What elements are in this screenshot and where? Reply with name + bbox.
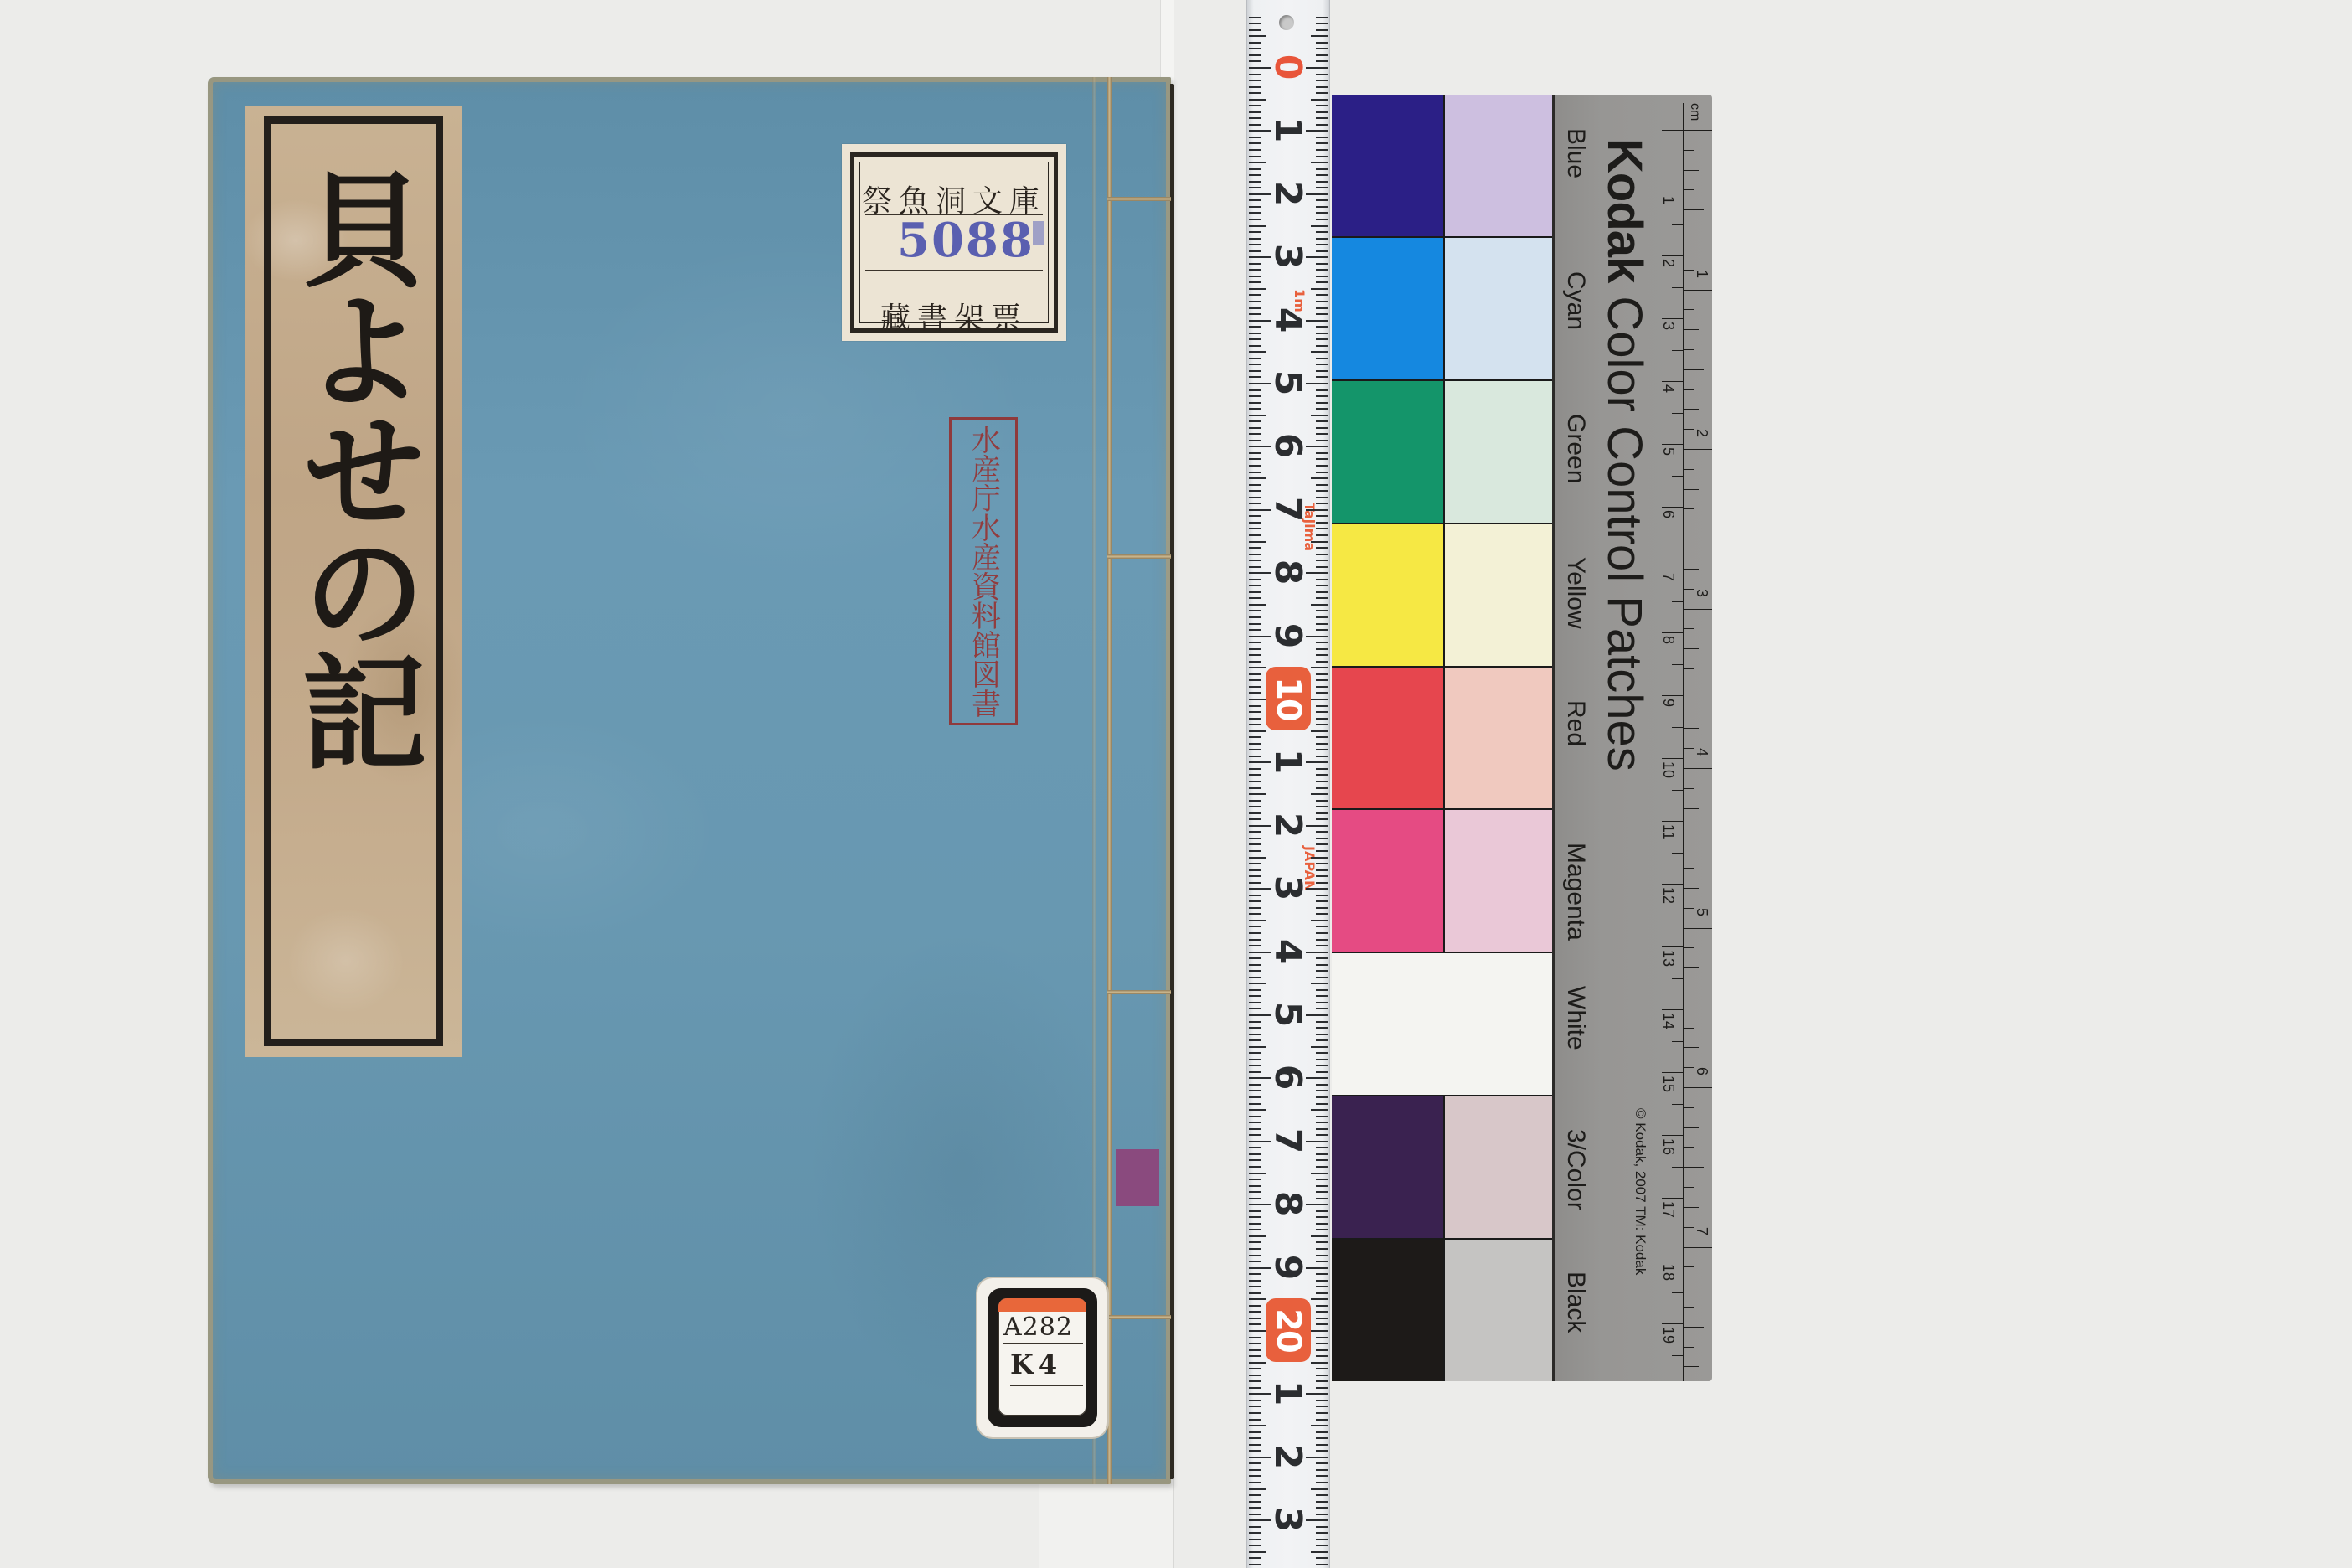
cm-tick bbox=[1662, 381, 1683, 382]
ruler-tick bbox=[1249, 1084, 1261, 1086]
inch-tick bbox=[1684, 1107, 1694, 1108]
ruler-tick bbox=[1249, 54, 1261, 56]
ruler-tick bbox=[1316, 1071, 1328, 1073]
kodak-title: Kodak Color Control Patches bbox=[1600, 138, 1648, 771]
ruler-tick bbox=[1316, 673, 1328, 675]
ruler-tick bbox=[1316, 244, 1328, 245]
inch-tick bbox=[1684, 250, 1699, 250]
ruler-tick bbox=[1316, 111, 1328, 113]
inch-tick bbox=[1684, 768, 1712, 769]
cm-label: 6 bbox=[1659, 510, 1677, 518]
ruler-tick bbox=[1249, 831, 1261, 833]
ruler-number: 1 bbox=[1263, 105, 1313, 155]
ruler-tick bbox=[1316, 756, 1328, 757]
ruler-tick bbox=[1249, 1375, 1261, 1376]
ruler-tick bbox=[1249, 389, 1261, 391]
ruler-tick bbox=[1249, 212, 1261, 214]
ruler-tick bbox=[1249, 338, 1261, 340]
ruler-tick bbox=[1249, 1323, 1261, 1325]
ruler-tick bbox=[1249, 111, 1261, 113]
ruler-tick bbox=[1249, 1337, 1261, 1338]
ruler-tick bbox=[1316, 900, 1328, 902]
ruler-tick bbox=[1249, 705, 1261, 707]
ruler-tick bbox=[1249, 736, 1261, 738]
inch-tick bbox=[1684, 369, 1704, 370]
ruler-tick bbox=[1249, 945, 1261, 946]
ruler-number: 3 bbox=[1263, 1494, 1313, 1545]
ruler-tick bbox=[1249, 768, 1261, 770]
inch-tick bbox=[1684, 1247, 1712, 1248]
ruler-tick bbox=[1316, 692, 1328, 694]
ruler-tick bbox=[1316, 503, 1328, 504]
ruler-tick bbox=[1249, 1122, 1261, 1123]
ruler-tick bbox=[1316, 522, 1328, 524]
ruler-tick bbox=[1316, 74, 1328, 75]
ruler-tick bbox=[1249, 1255, 1261, 1256]
ruler-tick bbox=[1316, 743, 1328, 745]
ruler-tick bbox=[1249, 774, 1261, 776]
ruler-tick bbox=[1316, 484, 1328, 486]
ruler-tick bbox=[1316, 1539, 1328, 1540]
ruler-tick bbox=[1249, 149, 1261, 151]
ruler-tick bbox=[1316, 1159, 1328, 1161]
ruler-tick bbox=[1316, 736, 1328, 738]
ruler-tick bbox=[1316, 926, 1328, 927]
ruler-tick bbox=[1249, 497, 1261, 498]
ruler-tick bbox=[1249, 358, 1261, 359]
ruler-badge-20: 20 bbox=[1266, 1298, 1311, 1362]
ruler-tick bbox=[1249, 1065, 1261, 1066]
inch-tick bbox=[1684, 209, 1704, 210]
inch-tick bbox=[1684, 529, 1704, 529]
ruler-tick bbox=[1249, 1450, 1261, 1452]
ruler-tick bbox=[1249, 522, 1261, 524]
kodak-label-area: Kodak Color Control Patches © Kodak, 200… bbox=[1555, 95, 1712, 1381]
ruler-tick bbox=[1311, 541, 1328, 543]
cm-tick bbox=[1662, 1261, 1683, 1261]
title-slip: 貝よせの記 bbox=[245, 106, 462, 1057]
ruler-tick bbox=[1316, 1400, 1328, 1401]
ruler-tick bbox=[1249, 1545, 1261, 1546]
bookplate-frame: 祭魚洞文庫 5088 藏書架票 bbox=[850, 152, 1058, 333]
ruler-number: 5 bbox=[1263, 358, 1313, 408]
ruler-tick bbox=[1249, 850, 1261, 852]
patch-black-dark bbox=[1332, 1240, 1443, 1381]
ruler-tick bbox=[1316, 591, 1328, 593]
ruler-tick bbox=[1249, 415, 1266, 416]
cm-tick bbox=[1662, 632, 1683, 633]
ruler-tick bbox=[1249, 86, 1261, 88]
kodak-scale-line bbox=[1683, 103, 1684, 1381]
ruler-tick bbox=[1316, 149, 1328, 151]
inch-tick bbox=[1684, 130, 1712, 131]
ruler-tick bbox=[1311, 1425, 1328, 1426]
ruler-tick bbox=[1316, 168, 1328, 170]
ruler-tick bbox=[1316, 1462, 1328, 1464]
ruler-tick bbox=[1316, 843, 1328, 845]
cm-label: 8 bbox=[1659, 636, 1677, 644]
ruler-tick bbox=[1249, 288, 1266, 290]
ruler-tick bbox=[1316, 465, 1328, 467]
ruler-tick bbox=[1249, 1305, 1261, 1307]
ruler-tick bbox=[1316, 1412, 1328, 1414]
ruler-tick bbox=[1249, 1462, 1261, 1464]
binding-fold-line bbox=[1092, 77, 1096, 1484]
ruler-tick bbox=[1249, 376, 1261, 378]
ruler-tick bbox=[1316, 1507, 1328, 1509]
bookplate-caption: 藏書架票 bbox=[860, 295, 1048, 338]
ruler-tick bbox=[1249, 983, 1266, 984]
ruler-tick bbox=[1249, 907, 1261, 909]
ruler-tick bbox=[1316, 48, 1328, 49]
ruler-tick bbox=[1316, 333, 1328, 334]
ruler-tick bbox=[1316, 515, 1328, 517]
ruler-tick bbox=[1249, 1514, 1261, 1515]
cm-unit-label: cm bbox=[1687, 103, 1702, 121]
ruler-tick bbox=[1249, 711, 1261, 713]
cm-tick bbox=[1662, 318, 1683, 319]
ruler-tick bbox=[1316, 1166, 1328, 1168]
ruler-tick bbox=[1249, 528, 1261, 529]
ruler-tick bbox=[1249, 199, 1261, 201]
ruler-tick bbox=[1311, 1173, 1328, 1174]
ruler-tick bbox=[1316, 1311, 1328, 1313]
ruler-number: 8 bbox=[1263, 547, 1313, 597]
ruler-tick bbox=[1311, 162, 1328, 163]
inch-tick bbox=[1684, 1307, 1694, 1308]
ruler-tick bbox=[1316, 534, 1328, 536]
ruler-tick bbox=[1316, 995, 1328, 997]
ruler-tick bbox=[1249, 408, 1261, 410]
ruler-tick bbox=[1311, 99, 1328, 101]
ruler-tick bbox=[1316, 1255, 1328, 1256]
ruler-tick bbox=[1316, 1450, 1328, 1452]
ruler-tick bbox=[1249, 1355, 1261, 1357]
ruler-tick bbox=[1316, 408, 1328, 410]
patch-green-light bbox=[1445, 381, 1554, 523]
ruler-tick bbox=[1249, 920, 1266, 921]
ruler-tick bbox=[1249, 756, 1261, 757]
cm-tick bbox=[1672, 916, 1683, 916]
ruler-tick bbox=[1316, 547, 1328, 549]
inch-label: 4 bbox=[1693, 748, 1710, 756]
ruler-tick bbox=[1249, 1419, 1261, 1421]
ruler-tick bbox=[1249, 1116, 1261, 1117]
ruler-tick bbox=[1311, 667, 1328, 668]
ruler-tick bbox=[1249, 1526, 1261, 1528]
ruler-tick bbox=[1249, 515, 1261, 517]
inch-tick bbox=[1684, 489, 1699, 490]
ruler-tick bbox=[1249, 269, 1261, 271]
ruler-tick bbox=[1249, 345, 1261, 347]
inch-tick bbox=[1684, 868, 1694, 869]
ruler-tick bbox=[1316, 1482, 1328, 1483]
ruler-tick bbox=[1316, 1090, 1328, 1091]
ruler-tick bbox=[1249, 29, 1261, 31]
ruler-tick bbox=[1316, 863, 1328, 864]
purple-tab bbox=[1116, 1149, 1159, 1206]
color-patches-grid bbox=[1332, 95, 1552, 1381]
ruler-tick bbox=[1249, 1261, 1261, 1262]
ruler-tick bbox=[1316, 718, 1328, 720]
ruler-tick bbox=[1316, 440, 1328, 441]
ruler-tick bbox=[1316, 427, 1328, 429]
ruler-tick bbox=[1249, 458, 1261, 460]
patch-yellow-light bbox=[1445, 524, 1554, 666]
ruler-tick bbox=[1249, 1248, 1261, 1250]
ruler-tick bbox=[1249, 673, 1261, 675]
ruler-tick bbox=[1316, 1002, 1328, 1003]
cm-label: 2 bbox=[1659, 259, 1677, 267]
ruler-tick bbox=[1316, 1526, 1328, 1528]
ruler-tick bbox=[1249, 566, 1261, 568]
ruler-tick bbox=[1311, 288, 1328, 290]
patch-green-dark bbox=[1332, 381, 1443, 523]
ruler-badge-10: 10 bbox=[1266, 667, 1311, 730]
ruler-tick bbox=[1249, 718, 1261, 720]
ruler-tick bbox=[1249, 679, 1261, 681]
ruler-tick bbox=[1311, 793, 1328, 795]
ruler-tick bbox=[1249, 1223, 1261, 1225]
cm-label: 19 bbox=[1659, 1327, 1677, 1344]
ruler-tick bbox=[1316, 964, 1328, 966]
ruler-tick bbox=[1249, 452, 1261, 454]
cm-tick bbox=[1672, 1167, 1683, 1168]
ruler-tick bbox=[1316, 301, 1328, 302]
ruler-tick bbox=[1316, 585, 1328, 586]
bookplate-ink-mark bbox=[1033, 221, 1044, 245]
ruler-tick bbox=[1249, 35, 1266, 37]
ruler-tick bbox=[1316, 1128, 1328, 1130]
ruler-tick bbox=[1249, 1159, 1261, 1161]
patch-white bbox=[1332, 953, 1554, 1095]
ruler-tick bbox=[1249, 1343, 1261, 1344]
spine-shadow bbox=[1170, 84, 1174, 1479]
ruler-tick bbox=[1249, 1147, 1261, 1148]
inch-tick bbox=[1684, 947, 1694, 948]
cm-tick bbox=[1662, 570, 1683, 570]
ruler-tick bbox=[1316, 497, 1328, 498]
ruler-tick bbox=[1316, 679, 1328, 681]
ruler-tick bbox=[1249, 326, 1261, 328]
inch-tick bbox=[1684, 329, 1699, 330]
tape-measure: 1m Tajima JAPAN 012345678910123456789201… bbox=[1246, 0, 1330, 1568]
ruler-number: 4 bbox=[1263, 926, 1313, 977]
ruler-tick bbox=[1311, 1488, 1328, 1490]
ruler-tick bbox=[1311, 415, 1328, 416]
ruler-tick bbox=[1249, 1532, 1261, 1534]
inch-tick bbox=[1684, 1207, 1699, 1208]
ruler-tick bbox=[1316, 989, 1328, 991]
ruler-tick bbox=[1249, 1286, 1261, 1287]
ruler-tick bbox=[1249, 724, 1261, 725]
ruler-tick bbox=[1316, 629, 1328, 631]
binding-stitch-4 bbox=[1107, 1315, 1171, 1319]
ruler-tick bbox=[1249, 818, 1261, 820]
ruler-tick bbox=[1249, 117, 1261, 119]
ruler-tick bbox=[1249, 1564, 1261, 1565]
cm-label: 15 bbox=[1659, 1075, 1677, 1092]
cm-label: 11 bbox=[1659, 824, 1677, 840]
ruler-number: 4 bbox=[1263, 295, 1313, 345]
ruler-number: 2 bbox=[1263, 800, 1313, 850]
ruler-tick bbox=[1316, 29, 1328, 31]
library-seal-stamp: 水産庁水産資料館図書 bbox=[949, 417, 1018, 725]
cm-tick bbox=[1662, 946, 1683, 947]
ruler-tick bbox=[1311, 1235, 1328, 1237]
bookplate-inner-frame: 祭魚洞文庫 5088 藏書架票 bbox=[859, 162, 1049, 323]
ruler-number: 2 bbox=[1263, 168, 1313, 219]
ruler-tick bbox=[1316, 1475, 1328, 1477]
ruler-number: 9 bbox=[1263, 1242, 1313, 1292]
ruler-tick bbox=[1249, 989, 1261, 991]
inch-tick bbox=[1684, 728, 1699, 729]
ruler-tick bbox=[1316, 219, 1328, 220]
ruler-tick bbox=[1316, 452, 1328, 454]
ruler-tick bbox=[1249, 667, 1266, 668]
ruler-tick bbox=[1316, 42, 1328, 44]
ruler-tick bbox=[1316, 358, 1328, 359]
ruler-tick bbox=[1316, 181, 1328, 183]
cm-label: 14 bbox=[1659, 1013, 1677, 1029]
ruler-tick bbox=[1249, 1412, 1261, 1414]
ruler-tick bbox=[1316, 1008, 1328, 1009]
cm-tick bbox=[1662, 1198, 1683, 1199]
ruler-tick bbox=[1311, 1298, 1328, 1300]
inch-tick bbox=[1684, 230, 1694, 230]
ruler-number: 1 bbox=[1263, 736, 1313, 787]
inch-tick bbox=[1684, 1327, 1704, 1328]
ruler-tick bbox=[1249, 1179, 1261, 1180]
ruler-tick bbox=[1316, 1191, 1328, 1193]
ruler-tick bbox=[1316, 1375, 1328, 1376]
patch-cyan-light bbox=[1445, 238, 1554, 379]
inch-tick bbox=[1684, 1127, 1699, 1128]
ruler-badge-number: 20 bbox=[1269, 1308, 1308, 1352]
ruler-tick bbox=[1249, 787, 1261, 789]
patch-label-black: Black bbox=[1561, 1271, 1590, 1333]
inch-tick bbox=[1684, 469, 1694, 470]
inch-tick bbox=[1684, 170, 1699, 171]
inch-tick bbox=[1684, 967, 1699, 968]
ruler-tick bbox=[1316, 1444, 1328, 1446]
ruler-tick bbox=[1249, 162, 1266, 163]
ruler-tick bbox=[1316, 1210, 1328, 1212]
ruler-tick bbox=[1316, 977, 1328, 978]
ruler-tick bbox=[1316, 1065, 1328, 1066]
cm-label: 3 bbox=[1659, 322, 1677, 330]
ruler-tick bbox=[1249, 1469, 1261, 1471]
ruler-tick bbox=[1316, 616, 1328, 618]
ruler-tick bbox=[1316, 1229, 1328, 1230]
patch-label-green: Green bbox=[1561, 414, 1590, 483]
cm-tick bbox=[1672, 350, 1683, 351]
backing-paper-top bbox=[1160, 0, 1174, 84]
inch-tick bbox=[1684, 569, 1699, 570]
ruler-tick bbox=[1249, 1059, 1261, 1060]
ruler-tick bbox=[1249, 843, 1261, 845]
ruler-tick bbox=[1316, 1292, 1328, 1294]
patch-red-dark bbox=[1332, 668, 1443, 809]
patch-label-magenta: Magenta bbox=[1561, 843, 1590, 941]
inch-tick bbox=[1684, 508, 1694, 509]
ruler-tick bbox=[1249, 806, 1261, 807]
ruler-tick bbox=[1249, 99, 1266, 101]
cm-tick bbox=[1662, 1323, 1683, 1324]
ruler-tick bbox=[1316, 642, 1328, 643]
ruler-tick bbox=[1249, 1368, 1261, 1369]
ruler-tick bbox=[1249, 1191, 1261, 1193]
inch-tick bbox=[1684, 888, 1699, 889]
ruler-tick bbox=[1311, 730, 1328, 732]
ruler-tick bbox=[1316, 1337, 1328, 1338]
ruler-tick bbox=[1316, 263, 1328, 265]
inch-tick bbox=[1684, 1028, 1694, 1029]
ruler-tick bbox=[1311, 1109, 1328, 1111]
cm-label: 17 bbox=[1659, 1201, 1677, 1218]
ruler-tick bbox=[1249, 402, 1261, 404]
cm-tick bbox=[1672, 1104, 1683, 1105]
ruler-tick bbox=[1316, 238, 1328, 240]
ruler-tick bbox=[1249, 579, 1261, 580]
ruler-tick bbox=[1249, 74, 1261, 75]
ruler-tick bbox=[1316, 420, 1328, 422]
ruler-tick bbox=[1249, 642, 1261, 643]
inch-tick bbox=[1684, 1266, 1694, 1267]
ruler-tick bbox=[1249, 168, 1261, 170]
ruler-tick bbox=[1316, 1286, 1328, 1287]
ruler-tick bbox=[1249, 869, 1261, 871]
ruler-tick bbox=[1316, 610, 1328, 611]
ruler-tick bbox=[1249, 1318, 1261, 1319]
ruler-tick bbox=[1316, 1305, 1328, 1307]
ruler-tick bbox=[1316, 1096, 1328, 1098]
ruler-tick bbox=[1249, 1431, 1261, 1433]
ruler-tick bbox=[1316, 1216, 1328, 1218]
inch-label: 6 bbox=[1693, 1067, 1710, 1075]
binding-stitch-2 bbox=[1107, 554, 1171, 559]
ruler-tick bbox=[1249, 1362, 1266, 1364]
ruler-tick bbox=[1249, 244, 1261, 245]
ruler-tick bbox=[1316, 174, 1328, 176]
ruler-tick bbox=[1316, 60, 1328, 62]
ruler-tick bbox=[1249, 730, 1266, 732]
ruler-tick bbox=[1249, 1046, 1266, 1048]
call-number: A282 bbox=[1003, 1313, 1083, 1344]
ruler-tick bbox=[1316, 1059, 1328, 1060]
ruler-tick bbox=[1249, 585, 1261, 586]
ruler-tick bbox=[1249, 105, 1261, 106]
ruler-tick bbox=[1249, 1096, 1261, 1098]
ruler-tick bbox=[1316, 560, 1328, 561]
ruler-tick bbox=[1316, 661, 1328, 663]
inch-tick bbox=[1684, 609, 1712, 610]
ruler-tick bbox=[1249, 238, 1261, 240]
ruler-tick bbox=[1249, 591, 1261, 593]
binding-thread-vertical bbox=[1107, 77, 1112, 1484]
patch-magenta-dark bbox=[1332, 810, 1443, 952]
ruler-tick bbox=[1316, 231, 1328, 233]
ruler-tick bbox=[1316, 768, 1328, 770]
ruler-tick bbox=[1249, 1425, 1266, 1426]
ruler-tick bbox=[1249, 142, 1261, 144]
kodak-color-target: Kodak Color Control Patches © Kodak, 200… bbox=[1332, 95, 1709, 1381]
ruler-tick bbox=[1316, 326, 1328, 328]
inch-tick bbox=[1684, 549, 1694, 549]
ruler-tick bbox=[1316, 1494, 1328, 1496]
ruler-tick bbox=[1311, 857, 1328, 859]
ruler-tick bbox=[1316, 806, 1328, 807]
